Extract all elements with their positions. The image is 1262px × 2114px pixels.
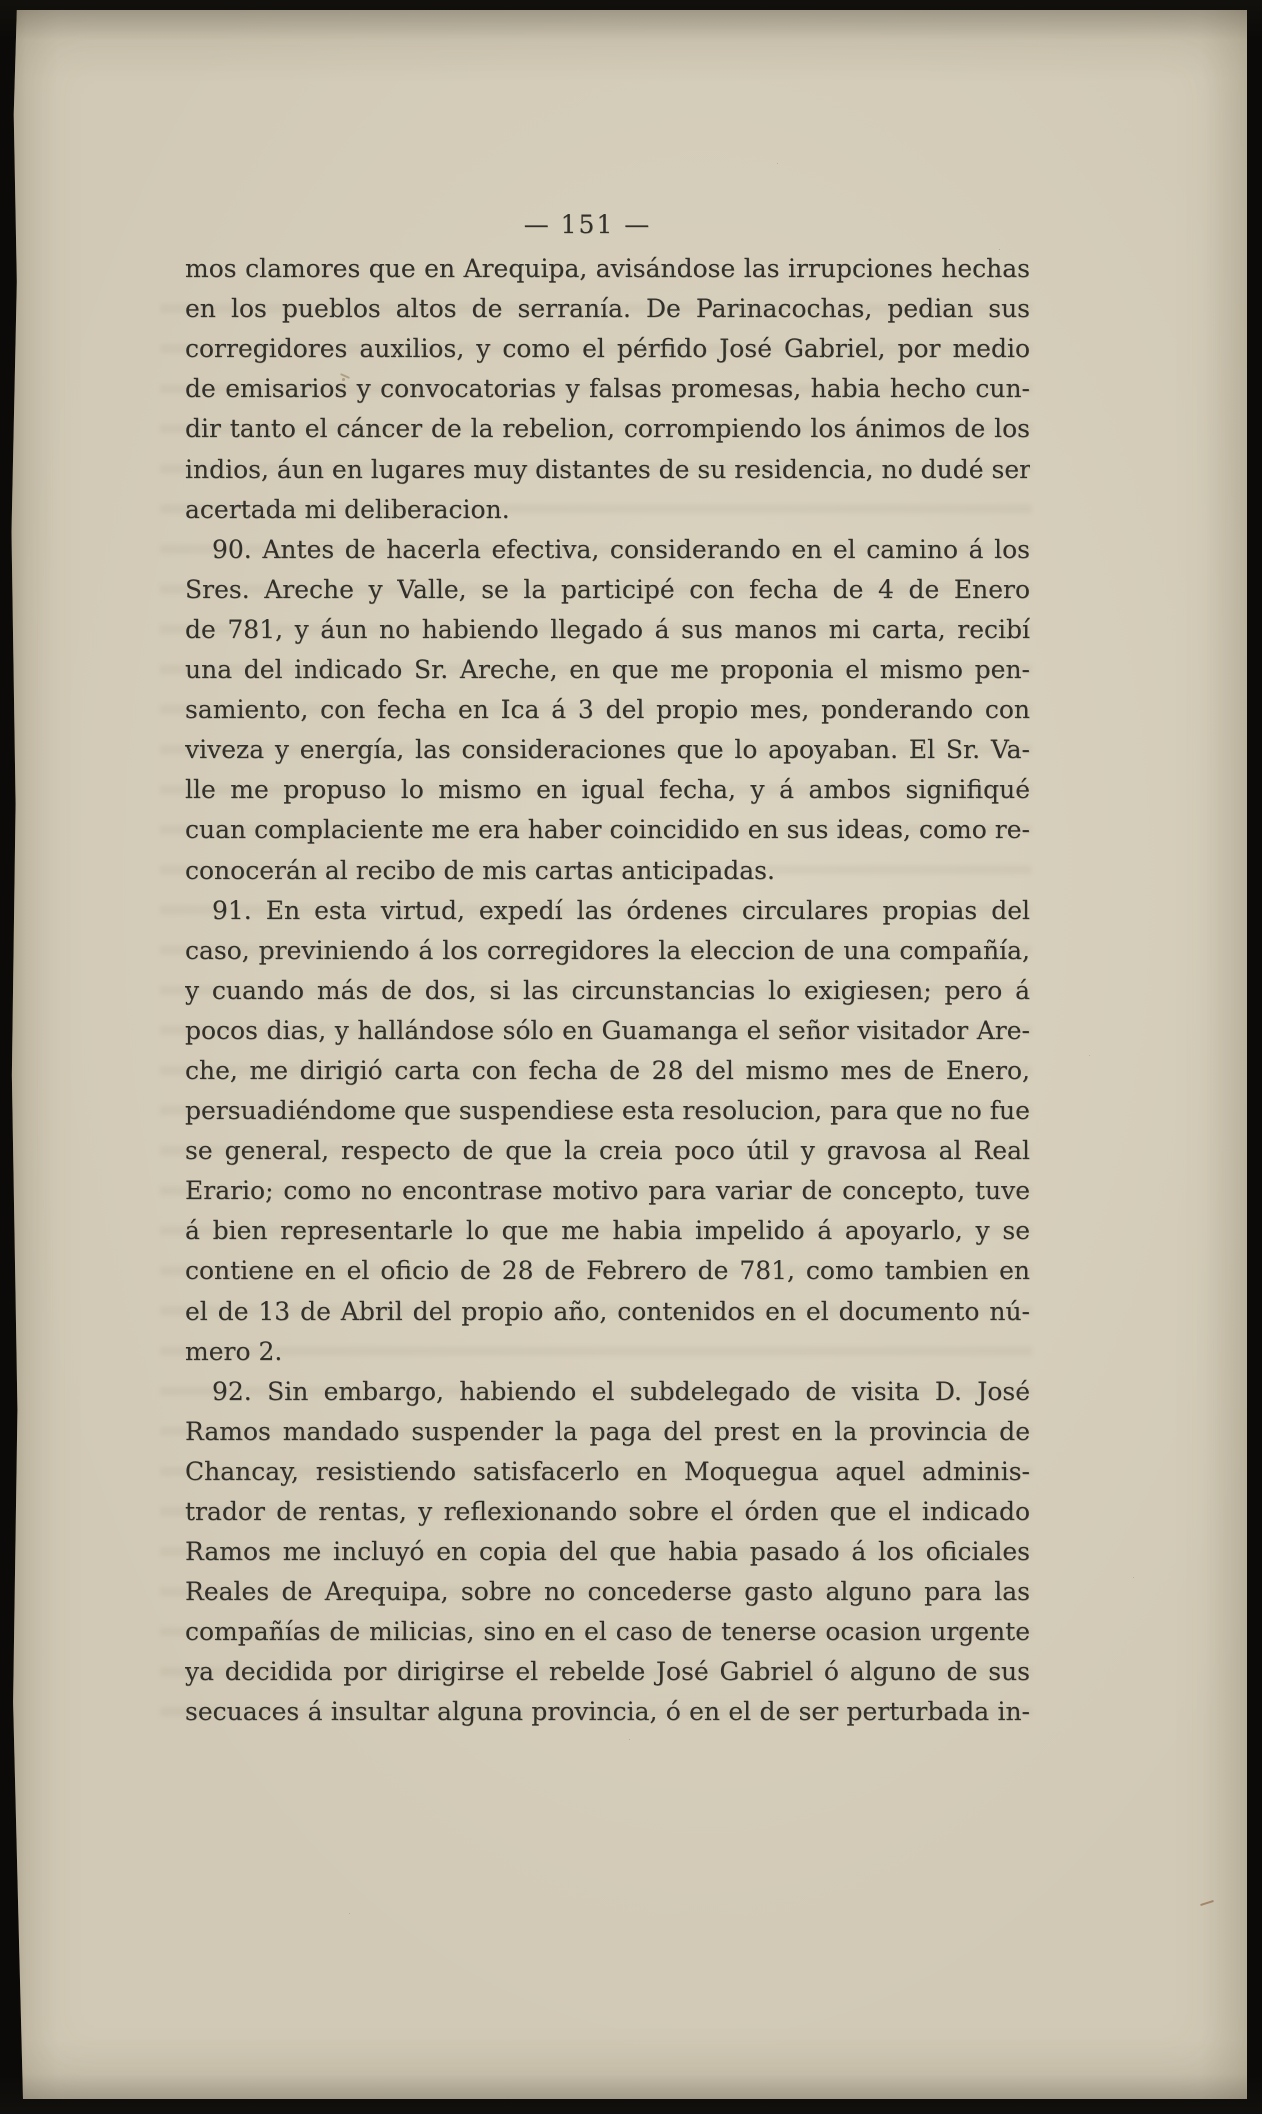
text-line: trador de rentas, y reflexionando sobre … — [185, 1492, 1030, 1532]
text-line: Reales de Arequipa, sobre no concederse … — [185, 1572, 1030, 1612]
text-line: persuadiéndome que suspendiese esta reso… — [185, 1091, 1030, 1131]
text-line: pocos dias, y hallándose sólo en Guamang… — [185, 1011, 1030, 1051]
text-line: el de 13 de Abril del propio año, conten… — [185, 1292, 1030, 1332]
text-line: contiene en el oficio de 28 de Febrero d… — [185, 1251, 1030, 1291]
text-line: Chancay, resistiendo satisfacerlo en Moq… — [185, 1452, 1030, 1492]
page-text: mos clamores que en Arequipa, avisándose… — [185, 249, 1030, 1732]
text-line: Sres. Areche y Valle, se la participé co… — [185, 570, 1030, 610]
text-line: dir tanto el cáncer de la rebelion, corr… — [185, 409, 1030, 449]
text-line: indios, áun en lugares muy distantes de … — [185, 450, 1030, 490]
text-line: Ramos me incluyó en copia del que habia … — [185, 1532, 1030, 1572]
text-line: corregidores auxilios, y como el pérfido… — [185, 329, 1030, 369]
text-line: de 781, y áun no habiendo llegado á sus … — [185, 610, 1030, 650]
text-line: mero 2. — [185, 1332, 1030, 1372]
text-line: che, me dirigió carta con fecha de 28 de… — [185, 1051, 1030, 1091]
text-line: 92. Sin embargo, habiendo el subdelegado… — [185, 1372, 1030, 1412]
text-line: caso, previniendo á los corregidores la … — [185, 931, 1030, 971]
text-line: ya decidida por dirigirse el rebelde Jos… — [185, 1652, 1030, 1692]
text-line: se general, respecto de que la creia poc… — [185, 1131, 1030, 1171]
paper-texture-specks — [10, 10, 13, 13]
text-line: viveza y energía, las consideraciones qu… — [185, 730, 1030, 770]
text-line: á bien representarle lo que me habia imp… — [185, 1211, 1030, 1251]
text-line: Erario; como no encontrase motivo para v… — [185, 1171, 1030, 1211]
text-line: Ramos mandado suspender la paga del pres… — [185, 1412, 1030, 1452]
text-line: una del indicado Sr. Areche, en que me p… — [185, 650, 1030, 690]
text-line: en los pueblos altos de serranía. De Par… — [185, 289, 1030, 329]
text-line: y cuando más de dos, si las circunstanci… — [185, 971, 1030, 1011]
text-line: lle me propuso lo mismo en igual fecha, … — [185, 770, 1030, 810]
text-line: 90. Antes de hacerla efectiva, considera… — [185, 530, 1030, 570]
text-line: acertada mi deliberacion. — [185, 490, 1030, 530]
text-line: mos clamores que en Arequipa, avisándose… — [185, 249, 1030, 289]
paper-fiber — [1200, 1900, 1214, 1906]
page-content: — 151 — mos clamores que en Arequipa, av… — [185, 205, 1030, 1733]
text-line: compañías de milicias, sino en el caso d… — [185, 1612, 1030, 1652]
text-line: de emisarios y convocatorias y falsas pr… — [185, 369, 1030, 409]
text-line: secuaces á insultar alguna provincia, ó … — [185, 1692, 1030, 1732]
scanned-book-page: — 151 — mos clamores que en Arequipa, av… — [0, 0, 1262, 2114]
text-line: cuan complaciente me era haber coincidid… — [185, 810, 1030, 850]
text-line: conocerán al recibo de mis cartas antici… — [185, 851, 1030, 891]
text-line: samiento, con fecha en Ica á 3 del propi… — [185, 690, 1030, 730]
text-line: 91. En esta virtud, expedí las órdenes c… — [185, 891, 1030, 931]
page-number: — 151 — — [165, 205, 1010, 245]
